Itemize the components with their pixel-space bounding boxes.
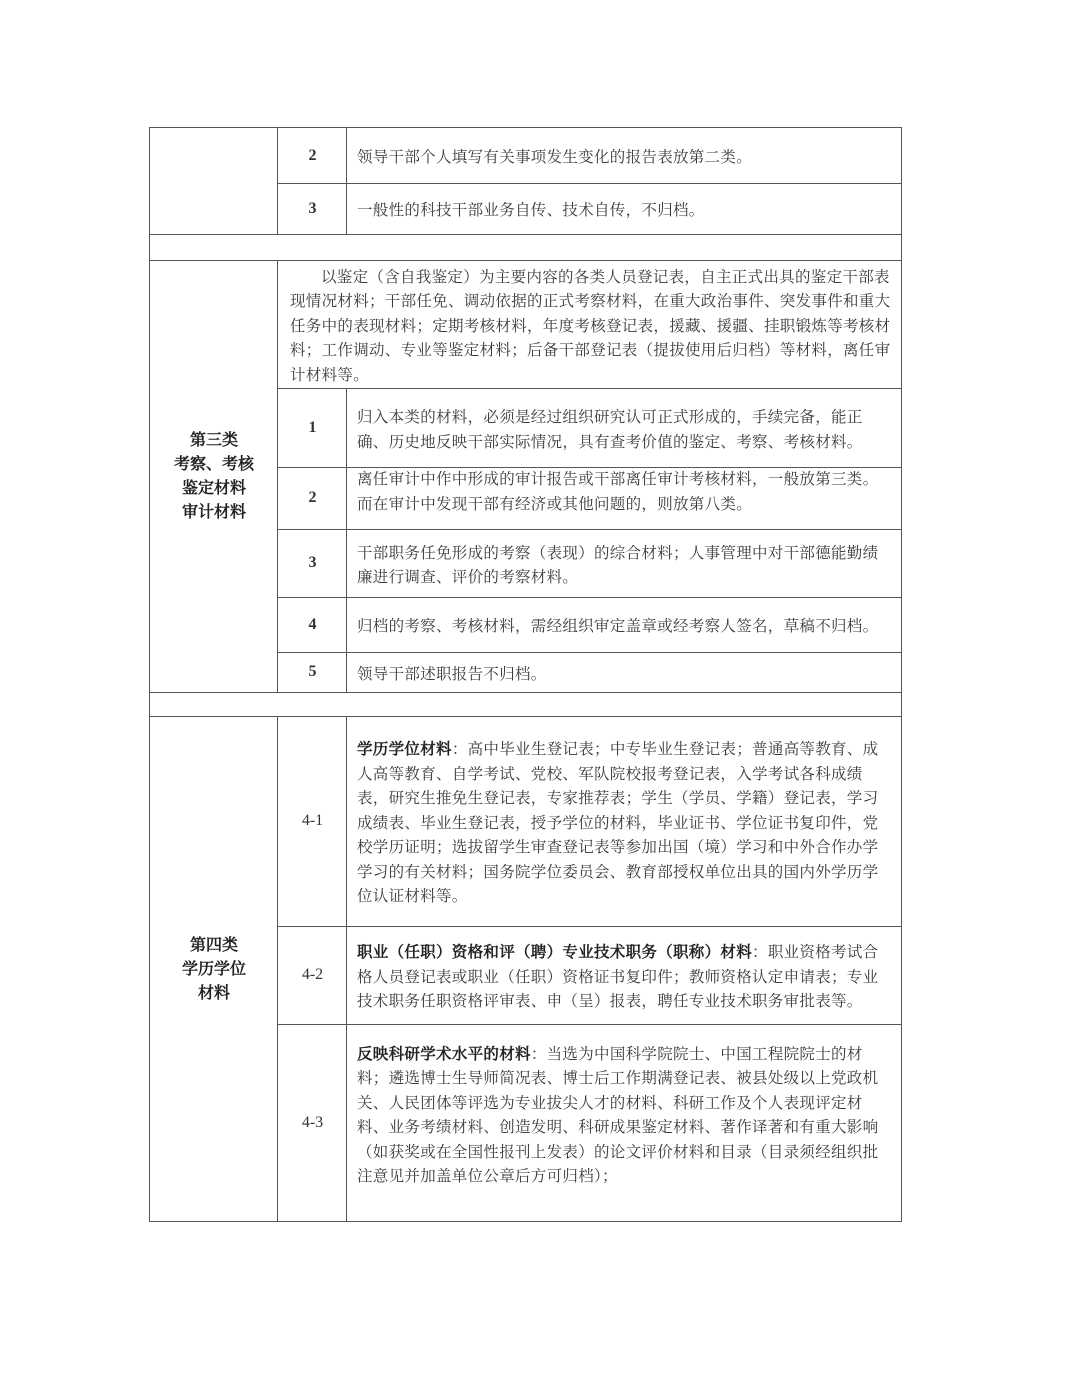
divider — [277, 183, 901, 184]
row-text: 离任审计中作中形成的审计报告或干部离任审计考核材料，一般放第三类。而在审计中发现… — [347, 467, 901, 529]
row-text: 归入本类的材料，必须是经过组织研究认可正式形成的，手续完备，能正确、历史地反映干… — [347, 388, 901, 467]
divider — [277, 260, 278, 692]
divider — [346, 716, 347, 1222]
divider — [277, 388, 901, 389]
row-text: 一般性的科技干部业务自传、技术自传，不归档。 — [347, 183, 901, 234]
row-text: 干部职务任免形成的考察（表现）的综合材料；人事管理中对干部德能勤绩廉进行调查、评… — [347, 529, 901, 597]
row-number: 4-2 — [278, 926, 347, 1024]
row-number: 3 — [278, 529, 347, 597]
divider — [346, 128, 347, 234]
row-number: 2 — [278, 467, 347, 529]
row-text: 归档的考察、考核材料，需经组织审定盖章或经考察人签名，草稿不归档。 — [347, 597, 901, 652]
row-text: 领导干部个人填写有关事项发生变化的报告表放第二类。 — [347, 128, 901, 183]
row-number: 4-3 — [278, 1024, 347, 1222]
row-number: 3 — [278, 183, 347, 234]
divider — [150, 692, 901, 693]
row-number: 4 — [278, 597, 347, 652]
divider — [277, 467, 901, 468]
divider — [150, 234, 901, 235]
row-text: 职业（任职）资格和评（聘）专业技术职务（职称）材料：职业资格考试合格人员登记表或… — [347, 926, 901, 1024]
divider — [277, 128, 278, 234]
row-number: 5 — [278, 652, 347, 692]
row-number: 1 — [278, 388, 347, 467]
row-text: 反映科研学术水平的材料：当选为中国科学院院士、中国工程院院士的材料；遴选博士生导… — [347, 1024, 901, 1222]
section3-intro: 以鉴定（含自我鉴定）为主要内容的各类人员登记表，自主正式出具的鉴定干部表现情况材… — [278, 260, 901, 388]
divider — [277, 716, 278, 1222]
divider — [277, 652, 901, 653]
archive-classification-table: 2 领导干部个人填写有关事项发生变化的报告表放第二类。 3 一般性的科技干部业务… — [149, 127, 902, 1222]
divider — [277, 529, 901, 530]
divider — [277, 926, 901, 927]
divider — [346, 388, 347, 692]
row-text: 领导干部述职报告不归档。 — [347, 652, 901, 692]
row-text: 学历学位材料：高中毕业生登记表；中专毕业生登记表；普通高等教育、成人高等教育、自… — [347, 716, 901, 926]
divider — [277, 1024, 901, 1025]
category-label-section3: 第三类 考察、考核 鉴定材料 审计材料 — [150, 260, 278, 692]
category-label-section4: 第四类 学历学位 材料 — [150, 716, 278, 1222]
divider — [150, 260, 901, 261]
row-number: 2 — [278, 128, 347, 183]
row-number: 4-1 — [278, 716, 347, 926]
divider — [150, 716, 901, 717]
divider — [277, 597, 901, 598]
